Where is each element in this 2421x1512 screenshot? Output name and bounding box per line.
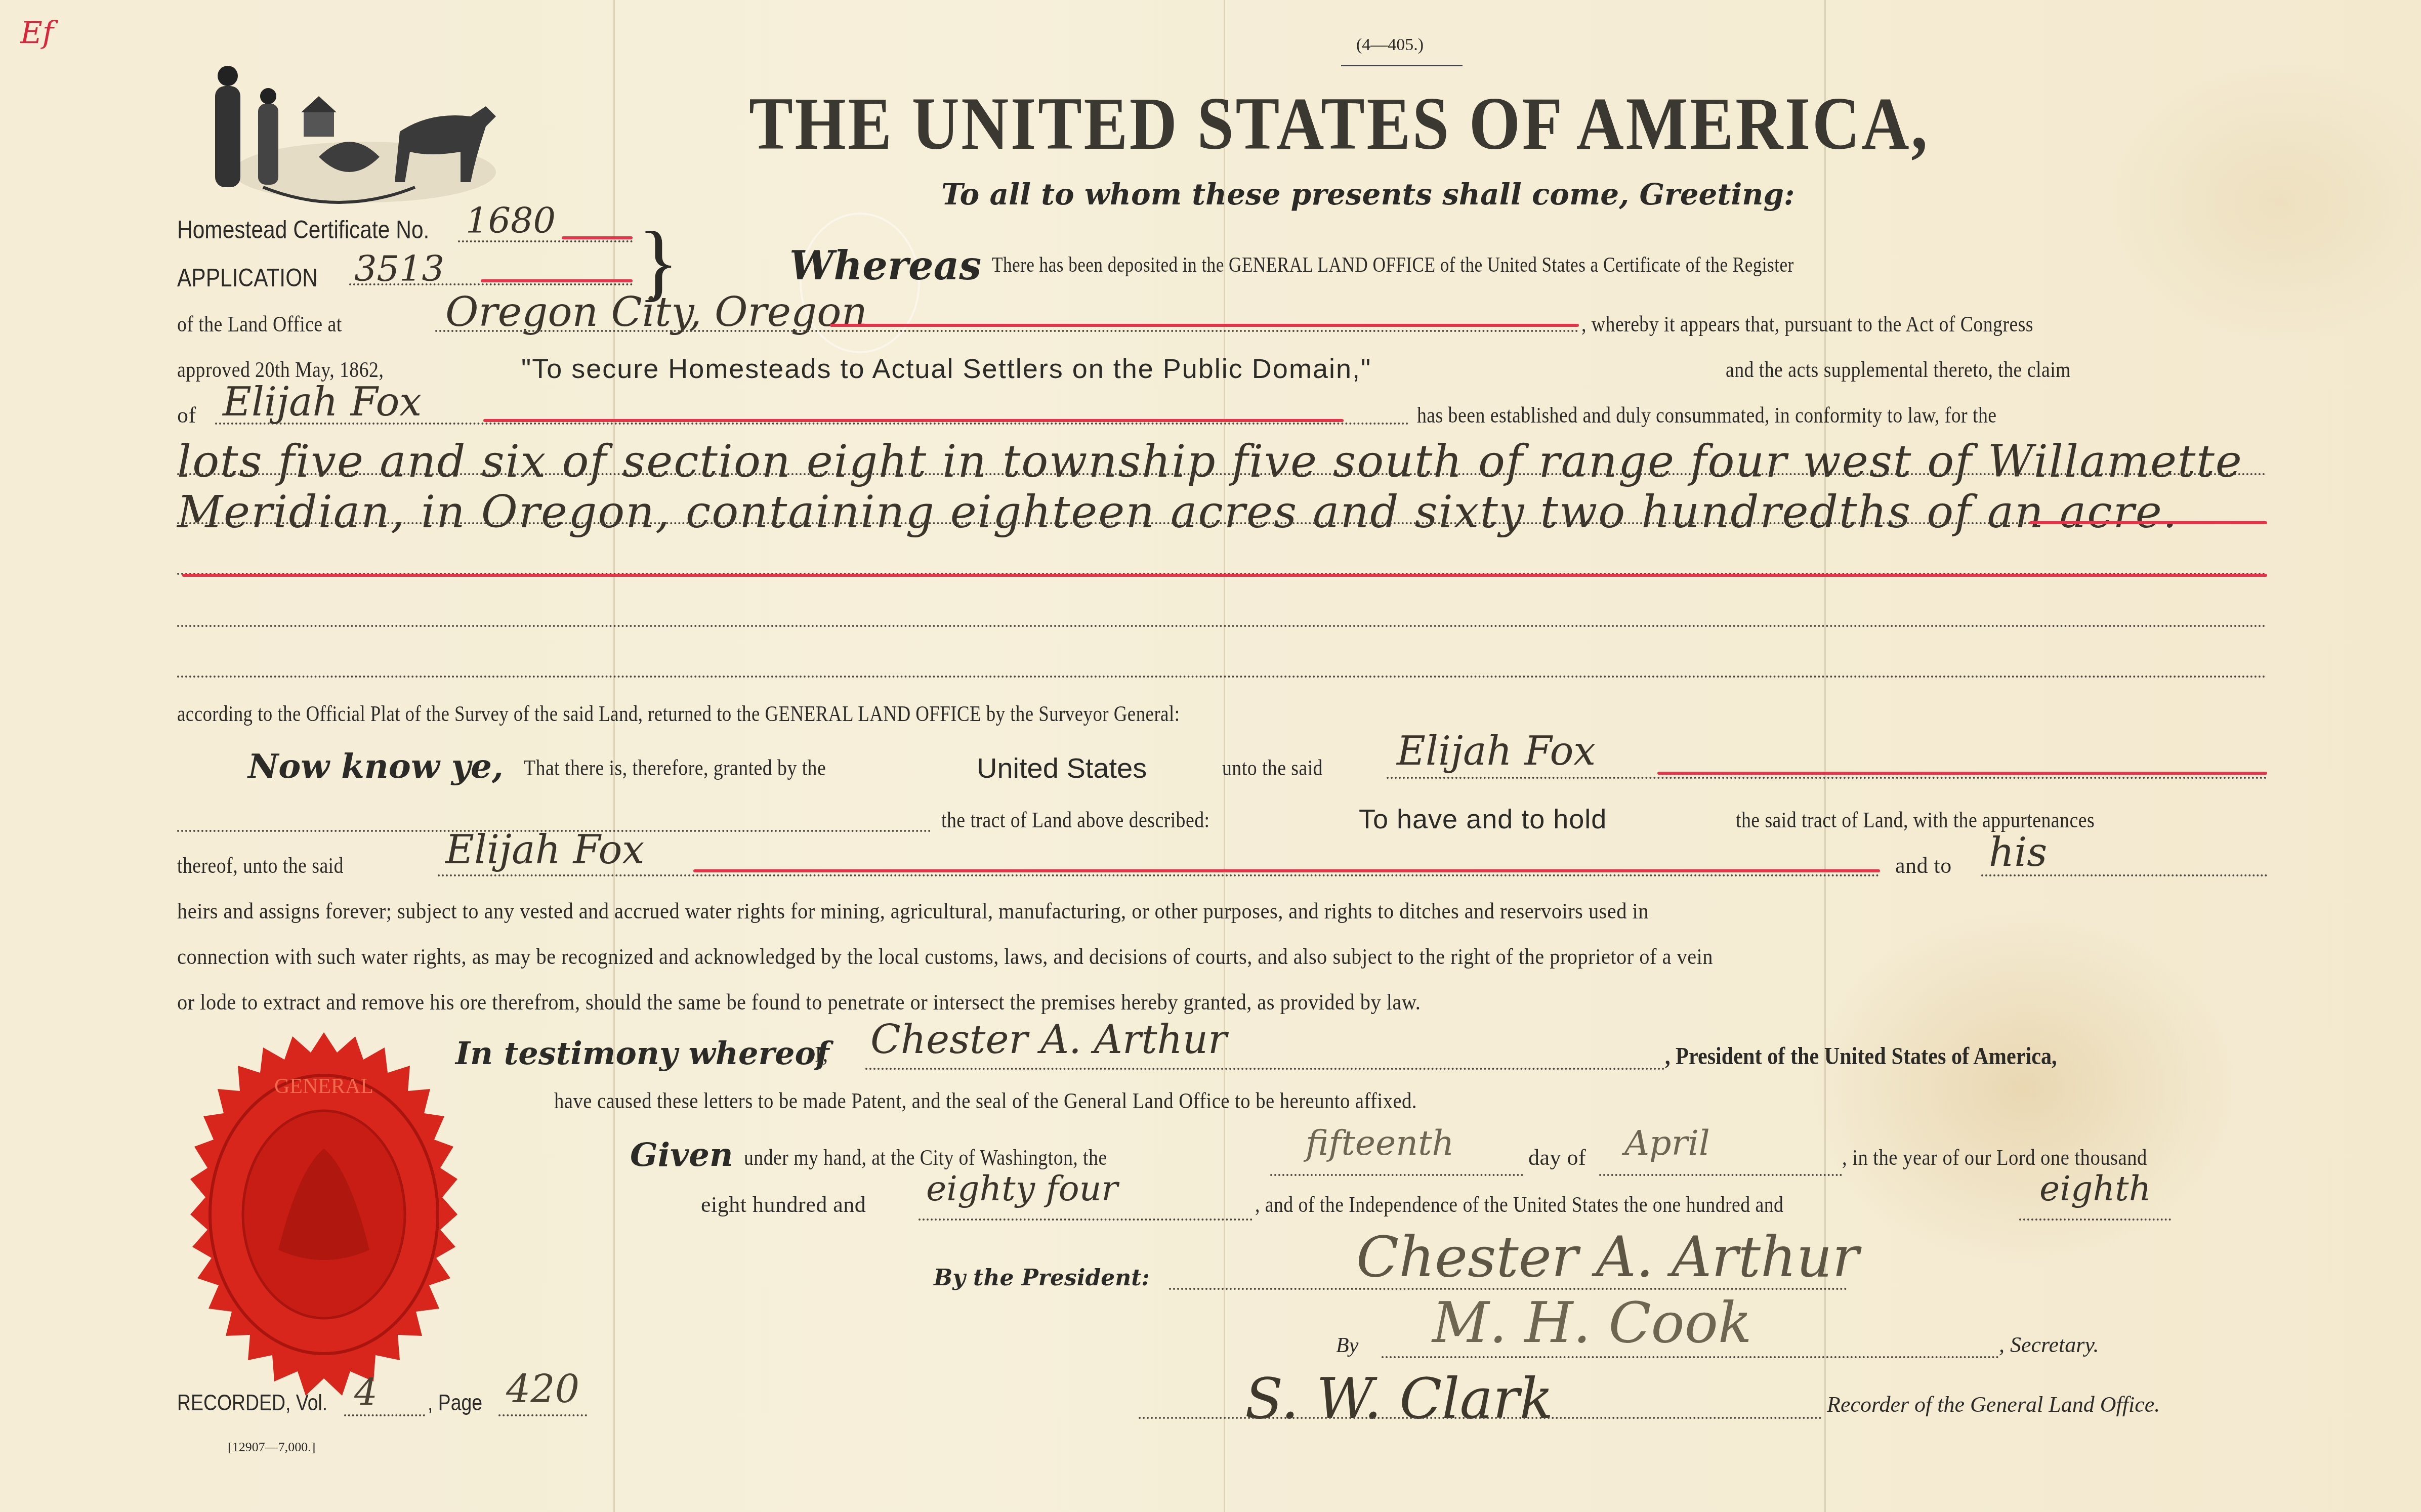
- whereas-line3-prefix: approved 20th May, 1862,: [177, 357, 384, 383]
- testimony-line2: have caused these letters to be made Pat…: [554, 1088, 1417, 1114]
- recorded-page: 420: [506, 1366, 579, 1411]
- recorder-label: Recorder of the General Land Office.: [1827, 1392, 2160, 1417]
- by-label: By: [1336, 1333, 1358, 1358]
- have-and-hold: To have and to hold: [1359, 804, 1607, 835]
- president-signature: Chester A. Arthur: [1356, 1225, 1859, 1289]
- grant-text3: the tract of Land above described:: [941, 807, 1209, 833]
- grantee-name-2: Elijah Fox: [445, 827, 644, 873]
- whereas-line3-suffix: and the acts supplemental thereto, the c…: [1726, 357, 2071, 383]
- testimony-i: I,: [815, 1041, 828, 1067]
- whereas-line4-prefix: of: [177, 402, 196, 428]
- by-president-label: By the President:: [934, 1265, 1150, 1291]
- homestead-label: Homestead Certificate No.: [177, 215, 429, 244]
- recorder-signature: S. W. Clark: [1245, 1366, 1553, 1431]
- land-office-value: Oregon City, Oregon: [445, 288, 867, 335]
- land-description-line2: Meridian, in Oregon, containing eighteen…: [177, 486, 2178, 538]
- homestead-number: 1680: [466, 200, 556, 241]
- independence-year: eighth: [2039, 1169, 2151, 1209]
- recorded-label: RECORDED, Vol.: [177, 1391, 327, 1416]
- claimant-name: Elijah Fox: [223, 380, 422, 425]
- eight-hundred: eight hundred and: [701, 1192, 866, 1217]
- day-value: fifteenth: [1306, 1123, 1454, 1163]
- whereas-line4-suffix: has been established and duly consummate…: [1417, 402, 1997, 428]
- grant-lead: Now know ye,: [248, 746, 504, 786]
- grantee-name: Elijah Fox: [1397, 729, 1596, 774]
- grant-text4: the said tract of Land, with the appurte…: [1736, 807, 2095, 833]
- whereas-line1: There has been deposited in the GENERAL …: [992, 253, 1794, 277]
- year-text: , in the year of our Lord one thousand: [1842, 1145, 2147, 1170]
- form-number-rule: [1341, 65, 1463, 66]
- grant-text2: unto the said: [1222, 755, 1323, 781]
- year-words: eighty four: [926, 1169, 1118, 1209]
- grant-united-states: United States: [977, 751, 1147, 784]
- president-name: Chester A. Arthur: [870, 1017, 1227, 1063]
- recorded-volume: 4: [354, 1371, 378, 1414]
- secretary-signature: M. H. Cook: [1432, 1290, 1752, 1355]
- day-of: day of: [1528, 1145, 1586, 1170]
- whereas-lead: Whereas: [789, 243, 981, 289]
- condition-line: or lode to extract and remove his ore th…: [177, 989, 1421, 1015]
- survey-line: according to the Official Plat of the Su…: [177, 701, 1180, 727]
- act-title: "To secure Homesteads to Actual Settlers…: [521, 353, 1371, 385]
- corner-mark: Ef: [20, 15, 54, 51]
- print-code: [12907—7,000.]: [228, 1440, 315, 1455]
- grant-text6: and to: [1895, 853, 1952, 878]
- whereas-line2-suffix: , whereby it appears that, pursuant to t…: [1581, 311, 2033, 337]
- land-description-line1: lots five and six of section eight in to…: [177, 435, 2243, 487]
- whereas-line2-prefix: of the Land Office at: [177, 311, 342, 337]
- greeting: To all to whom these presents shall come…: [941, 177, 1794, 212]
- given-lead: Given: [630, 1136, 733, 1174]
- president-title: , President of the United States of Amer…: [1665, 1042, 2057, 1070]
- document-title: THE UNITED STATES OF AMERICA,: [749, 81, 1929, 167]
- given-text: under my hand, at the City of Washington…: [744, 1145, 1107, 1170]
- recorded-page-label: , Page: [428, 1391, 482, 1416]
- month-value: April: [1624, 1123, 1710, 1163]
- general-land-office-seal-icon: GENERAL: [167, 1032, 481, 1397]
- form-number: (4—405.): [1356, 35, 1424, 55]
- grant-pronoun: his: [1989, 830, 2047, 875]
- svg-text:GENERAL: GENERAL: [274, 1075, 373, 1098]
- condition-line: heirs and assigns forever; subject to an…: [177, 898, 1649, 924]
- grant-text1: That there is, therefore, granted by the: [524, 755, 826, 781]
- farm-vignette-icon: [187, 56, 541, 218]
- independence-text: , and of the Independence of the United …: [1255, 1192, 1783, 1217]
- condition-line: connection with such water rights, as ma…: [177, 944, 1713, 970]
- grant-text5: thereof, unto the said: [177, 853, 344, 878]
- secretary-label: , Secretary.: [1999, 1332, 2099, 1358]
- testimony-lead: In testimony whereof: [455, 1035, 829, 1072]
- application-label: APPLICATION: [177, 263, 318, 292]
